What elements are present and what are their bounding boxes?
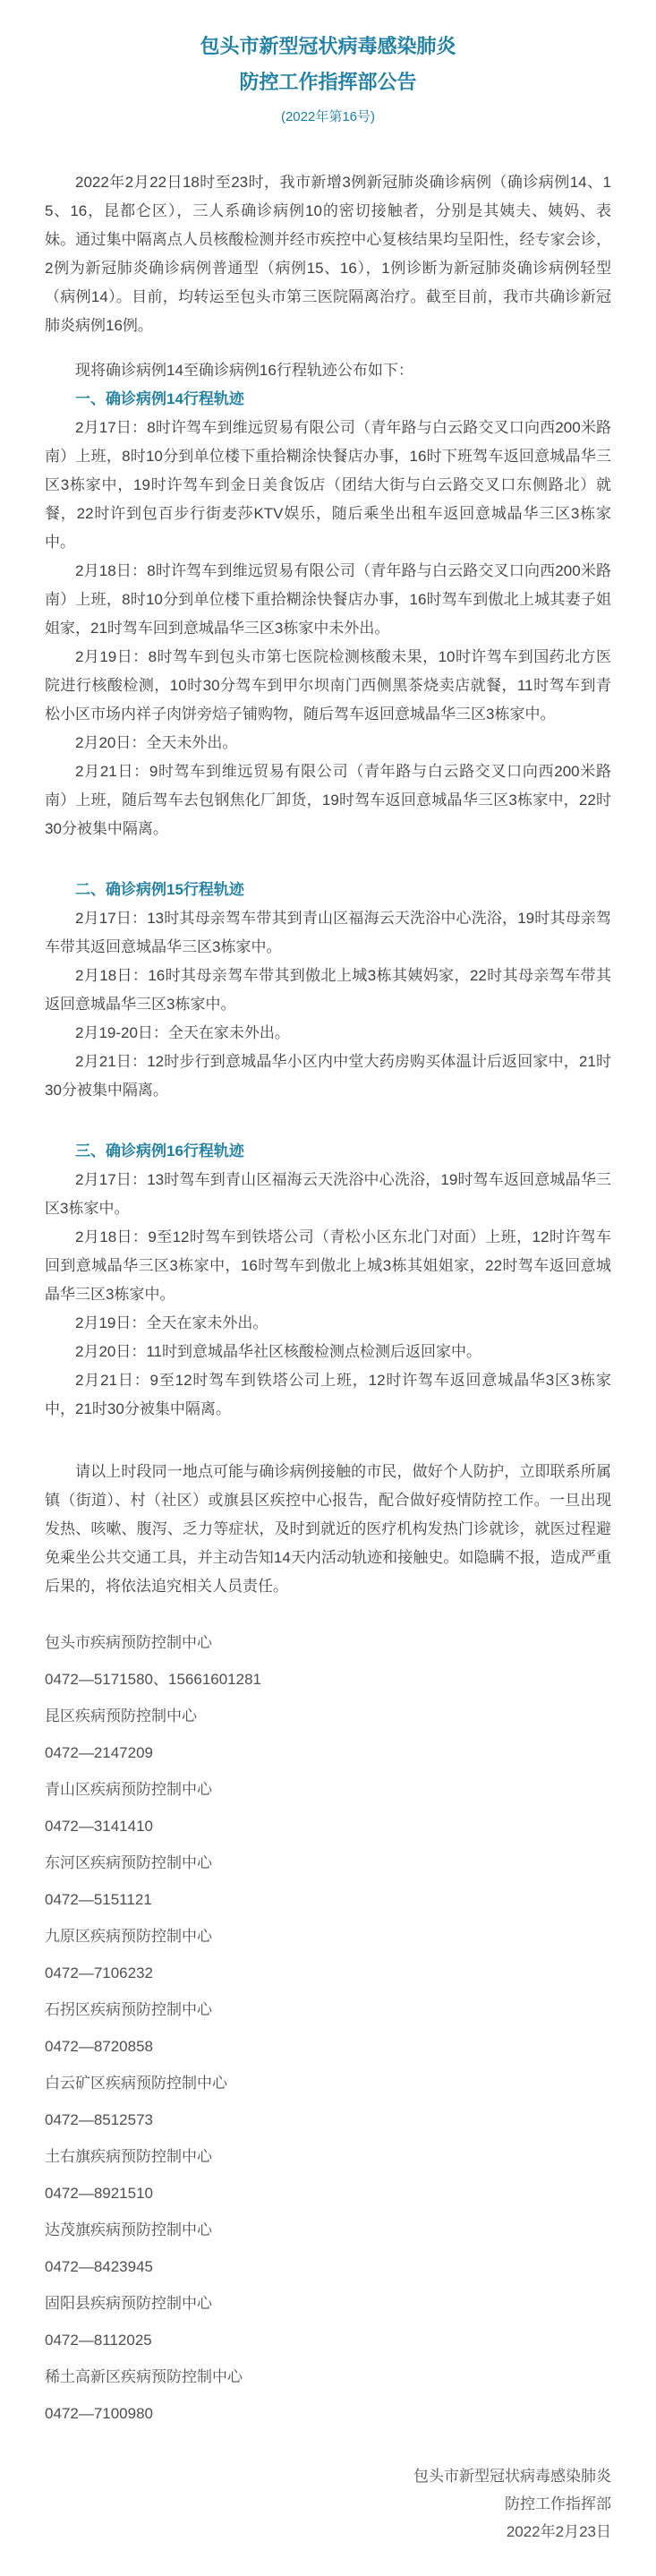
trajectory-entry: 2月17日：13时其母亲驾车带其到青山区福海云天洗浴中心洗浴，19时其母亲驾车带…	[45, 904, 611, 962]
signature-block: 包头市新型冠状病毒感染肺炎 防控工作指挥部 2022年2月23日	[45, 2462, 611, 2546]
section-heading-case-14: 一、确诊病例14行程轨迹	[45, 385, 611, 414]
section-heading-case-15: 二、确诊病例15行程轨迹	[45, 876, 611, 904]
contact-name: 稀土高新区疾病预防控制中心	[45, 2358, 611, 2395]
section-heading-case-16: 三、确诊病例16行程轨迹	[45, 1137, 611, 1166]
contact-phone: 0472—5171580、15661601281	[45, 1661, 611, 1698]
trajectory-entry: 2月19日：全天在家未外出。	[45, 1309, 611, 1338]
contact-list: 包头市疾病预防控制中心 0472—5171580、15661601281 昆区疾…	[45, 1624, 611, 2432]
contact-phone: 0472—7106232	[45, 1955, 611, 1991]
signature-line-2: 防控工作指挥部	[45, 2490, 611, 2518]
contact-name: 达茂旗疾病预防控制中心	[45, 2212, 611, 2248]
trajectory-entry: 2月20日：11时到意城晶华社区核酸检测点检测后返回家中。	[45, 1338, 611, 1366]
trajectory-entry: 2月18日：16时其母亲驾车带其到傲北上城3栋其姨妈家，22时其母亲驾车带其返回…	[45, 962, 611, 1019]
announce-line: 现将确诊病例14至确诊病例16行程轨迹公布如下：	[45, 356, 611, 385]
trajectory-list-case-14: 2月17日：8时许驾车到维远贸易有限公司（青年路与白云路交叉口向西200米路南）…	[45, 414, 611, 843]
page-title: 包头市新型冠状病毒感染肺炎 防控工作指挥部公告	[45, 29, 611, 100]
contact-name: 石拐区疾病预防控制中心	[45, 1991, 611, 2028]
signature-line-1: 包头市新型冠状病毒感染肺炎	[45, 2462, 611, 2490]
section-case-14: 一、确诊病例14行程轨迹 2月17日：8时许驾车到维远贸易有限公司（青年路与白云…	[45, 385, 611, 843]
contact-phone: 0472—8512573	[45, 2101, 611, 2138]
contact-phone: 0472—5151121	[45, 1881, 611, 1918]
advisory-paragraph: 请以上时段同一地点可能与确诊病例接触的市民，做好个人防护，立即联系所属镇（街道）…	[45, 1458, 611, 1601]
contact-name: 昆区疾病预防控制中心	[45, 1698, 611, 1734]
intro-paragraph: 2022年2月22日18时至23时，我市新增3例新冠肺炎确诊病例（确诊病例14、…	[45, 168, 611, 340]
trajectory-entry: 2月17日：13时驾车到青山区福海云天洗浴中心洗浴，19时驾车返回意城晶华三区3…	[45, 1166, 611, 1223]
contact-name: 白云矿区疾病预防控制中心	[45, 2065, 611, 2101]
trajectory-entry: 2月18日：9至12时驾车到铁塔公司（青松小区东北门对面）上班，12时许驾车回到…	[45, 1223, 611, 1309]
announcement-document: 包头市新型冠状病毒感染肺炎 防控工作指挥部公告 (2022年第16号) 2022…	[0, 0, 656, 2576]
signature-date: 2022年2月23日	[45, 2518, 611, 2546]
contact-phone: 0472—8720858	[45, 2028, 611, 2065]
section-case-15: 二、确诊病例15行程轨迹 2月17日：13时其母亲驾车带其到青山区福海云天洗浴中…	[45, 876, 611, 1105]
trajectory-entry: 2月21日：9至12时驾车到铁塔公司上班，12时许驾车返回意城晶华3区3栋家中，…	[45, 1366, 611, 1424]
trajectory-entry: 2月21日：12时步行到意城晶华小区内中堂大药房购买体温计后返回家中，21时30…	[45, 1048, 611, 1105]
contact-phone: 0472—2147209	[45, 1734, 611, 1771]
trajectory-entry: 2月21日：9时驾车到维远贸易有限公司（青年路与白云路交叉口向西200米路南）上…	[45, 757, 611, 843]
section-case-16: 三、确诊病例16行程轨迹 2月17日：13时驾车到青山区福海云天洗浴中心洗浴，1…	[45, 1137, 611, 1424]
contact-phone: 0472—7100980	[45, 2395, 611, 2432]
contact-name: 土右旗疾病预防控制中心	[45, 2138, 611, 2175]
contact-name: 固阳县疾病预防控制中心	[45, 2285, 611, 2322]
contact-phone: 0472—8921510	[45, 2175, 611, 2212]
contact-phone: 0472—3141410	[45, 1808, 611, 1844]
contact-phone: 0472—8423945	[45, 2248, 611, 2285]
trajectory-list-case-15: 2月17日：13时其母亲驾车带其到青山区福海云天洗浴中心洗浴，19时其母亲驾车带…	[45, 904, 611, 1105]
title-line-2: 防控工作指挥部公告	[45, 64, 611, 100]
trajectory-entry: 2月19日：8时驾车到包头市第七医院检测核酸未果，10时许驾车到国药北方医院进行…	[45, 643, 611, 729]
doc-number: (2022年第16号)	[45, 106, 611, 129]
contact-name: 九原区疾病预防控制中心	[45, 1918, 611, 1955]
contact-phone: 0472—8112025	[45, 2322, 611, 2358]
trajectory-list-case-16: 2月17日：13时驾车到青山区福海云天洗浴中心洗浴，19时驾车返回意城晶华三区3…	[45, 1166, 611, 1424]
trajectory-entry: 2月20日：全天未外出。	[45, 729, 611, 757]
title-line-1: 包头市新型冠状病毒感染肺炎	[45, 29, 611, 64]
trajectory-entry: 2月19-20日：全天在家未外出。	[45, 1019, 611, 1048]
trajectory-entry: 2月18日：8时许驾车到维远贸易有限公司（青年路与白云路交叉口向西200米路南）…	[45, 557, 611, 643]
contact-name: 青山区疾病预防控制中心	[45, 1771, 611, 1808]
contact-name: 包头市疾病预防控制中心	[45, 1624, 611, 1661]
contact-name: 东河区疾病预防控制中心	[45, 1844, 611, 1881]
trajectory-entry: 2月17日：8时许驾车到维远贸易有限公司（青年路与白云路交叉口向西200米路南）…	[45, 414, 611, 557]
